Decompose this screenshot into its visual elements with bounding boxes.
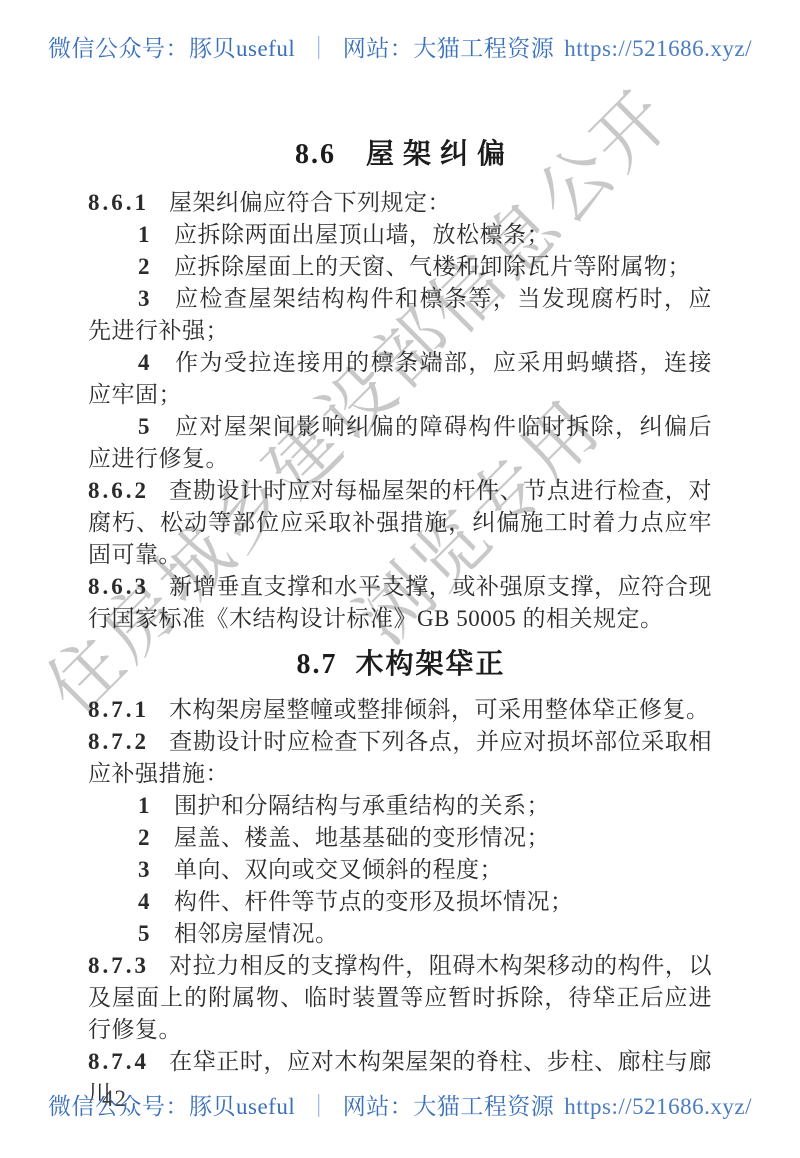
clause-text: 查勘设计时应检查下列各点，并应对损坏部位采取相应补强措施：	[88, 729, 712, 786]
clause-text: 屋架纠偏应符合下列规定：	[169, 190, 451, 215]
list-item-4: 4作为受拉连接用的檩条端部，应采用蚂蟥搭，连接应牢固；	[88, 347, 712, 411]
list-item-4: 4构件、杆件等节点的变形及损坏情况；	[88, 886, 712, 918]
item-number: 5	[138, 414, 150, 439]
item-text: 应检查屋架结构构件和檩条等，当发现腐朽时，应先进行补强；	[88, 286, 712, 343]
item-text: 构件、杆件等节点的变形及损坏情况；	[174, 889, 574, 914]
item-text: 应拆除两面出屋顶山墙，放松檩条；	[174, 222, 550, 247]
item-number: 4	[138, 889, 150, 914]
item-number: 1	[138, 793, 150, 818]
section-heading-8-7: 8.7木构架牮正	[88, 648, 712, 682]
item-number: 5	[138, 921, 150, 946]
scanned-document-page: 微信公众号：豚贝useful｜网站：大猫工程资源https://521686.x…	[0, 0, 800, 1158]
clause-number: 8.7.1	[88, 697, 149, 722]
list-item-3: 3单向、双向或交叉倾斜的程度；	[88, 854, 712, 886]
list-item-5: 5应对屋架间影响纠偏的障碍构件临时拆除，纠偏后应进行修复。	[88, 411, 712, 475]
header-promo-line: 微信公众号：豚贝useful｜网站：大猫工程资源https://521686.x…	[0, 30, 800, 63]
item-text: 应拆除屋面上的天窗、气楼和卸除瓦片等附属物；	[174, 254, 691, 279]
clause-text: 对拉力相反的支撑构件，阻碍木构架移动的构件，以及屋面上的附属物、临时装置等应暂时…	[88, 953, 712, 1042]
header-url: https://521686.xyz/	[564, 36, 752, 61]
item-number: 2	[138, 825, 150, 850]
clause-number: 8.6.1	[88, 190, 149, 215]
clause-8-7-3: 8.7.3对拉力相反的支撑构件，阻碍木构架移动的构件，以及屋面上的附属物、临时装…	[88, 950, 712, 1046]
clause-text: 木构架房屋整幢或整排倾斜，可采用整体牮正修复。	[169, 697, 710, 722]
section-number: 8.6	[295, 139, 336, 170]
clause-number: 8.6.3	[88, 574, 149, 599]
footer-site-label: 网站：大猫工程资源	[343, 1094, 555, 1119]
item-text: 围护和分隔结构与承重结构的关系；	[174, 793, 550, 818]
header-wechat-label: 微信公众号：豚贝useful	[48, 36, 295, 61]
clause-number: 8.6.2	[88, 478, 149, 503]
item-number: 3	[138, 857, 150, 882]
header-site-label: 网站：大猫工程资源	[343, 36, 555, 61]
item-text: 应对屋架间影响纠偏的障碍构件临时拆除，纠偏后应进行修复。	[88, 414, 712, 471]
header-separator: ｜	[307, 36, 331, 61]
list-item-1: 1围护和分隔结构与承重结构的关系；	[88, 790, 712, 822]
list-item-3: 3应检查屋架结构构件和檩条等，当发现腐朽时，应先进行补强；	[88, 283, 712, 347]
footer-url: https://521686.xyz/	[564, 1094, 752, 1119]
item-number: 2	[138, 254, 150, 279]
item-text: 相邻房屋情况。	[174, 921, 339, 946]
footer-separator: ｜	[307, 1094, 331, 1119]
footer-promo-line: 微信公众号：豚贝useful｜网站：大猫工程资源https://521686.x…	[0, 1088, 800, 1121]
clause-text: 新增垂直支撑和水平支撑，或补强原支撑，应符合现行国家标准《木结构设计标准》GB …	[88, 574, 712, 631]
list-item-1: 1应拆除两面出屋顶山墙，放松檩条；	[88, 219, 712, 251]
clause-8-7-2: 8.7.2查勘设计时应检查下列各点，并应对损坏部位采取相应补强措施：	[88, 726, 712, 790]
item-number: 4	[138, 350, 150, 375]
document-body: 8.6屋架纠偏 8.6.1屋架纠偏应符合下列规定： 1应拆除两面出屋顶山墙，放松…	[88, 138, 712, 1110]
section-number: 8.7	[296, 649, 337, 680]
clause-number: 8.7.4	[88, 1049, 149, 1074]
list-item-5: 5相邻房屋情况。	[88, 918, 712, 950]
clause-text: 查勘设计时应对每榀屋架的杆件、节点进行检查，对腐朽、松动等部位应采取补强措施，纠…	[88, 478, 712, 567]
item-text: 单向、双向或交叉倾斜的程度；	[174, 857, 503, 882]
item-text: 屋盖、楼盖、地基基础的变形情况；	[174, 825, 550, 850]
clause-8-6-2: 8.6.2查勘设计时应对每榀屋架的杆件、节点进行检查，对腐朽、松动等部位应采取补…	[88, 475, 712, 571]
section-heading-8-6: 8.6屋架纠偏	[88, 138, 712, 172]
footer-wechat-label: 微信公众号：豚贝useful	[48, 1094, 295, 1119]
clause-number: 8.7.2	[88, 729, 149, 754]
clause-8-7-1: 8.7.1木构架房屋整幢或整排倾斜，可采用整体牮正修复。	[88, 694, 712, 726]
item-number: 1	[138, 222, 150, 247]
section-title: 屋架纠偏	[366, 139, 514, 170]
list-item-2: 2屋盖、楼盖、地基基础的变形情况；	[88, 822, 712, 854]
clause-8-6-1: 8.6.1屋架纠偏应符合下列规定：	[88, 187, 712, 219]
clause-number: 8.7.3	[88, 953, 149, 978]
item-text: 作为受拉连接用的檩条端部，应采用蚂蟥搭，连接应牢固；	[88, 350, 712, 407]
item-number: 3	[138, 286, 150, 311]
list-item-2: 2应拆除屋面上的天窗、气楼和卸除瓦片等附属物；	[88, 251, 712, 283]
clause-8-6-3: 8.6.3新增垂直支撑和水平支撑，或补强原支撑，应符合现行国家标准《木结构设计标…	[88, 571, 712, 635]
section-title: 木构架牮正	[355, 649, 505, 680]
